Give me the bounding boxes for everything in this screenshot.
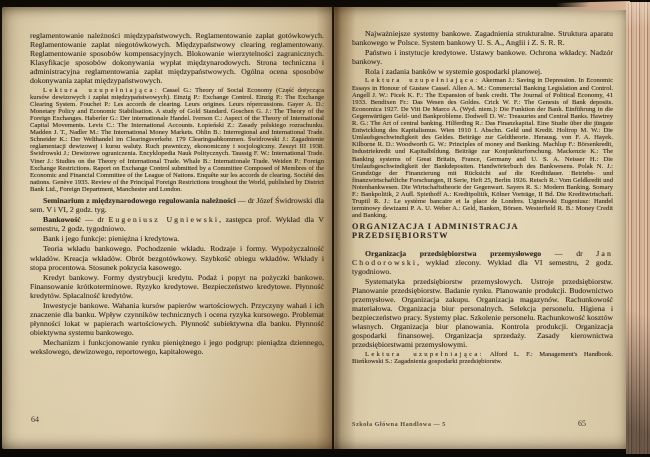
left-page-number: 64 — [31, 415, 39, 424]
course-topic: Kredyt bankowy. Formy dystrybucji kredyt… — [30, 273, 324, 300]
right-page-number: 65 — [578, 419, 586, 428]
course-topic: Systematyka przedsiębiorstw przemysłowyc… — [352, 277, 613, 350]
course-topic: Inwestycje bankowe. Wahania kursów papie… — [30, 301, 324, 337]
course-topic: Bank i jego funkcje: pieniężna i kredyto… — [30, 234, 324, 243]
continuation-paragraph: reglamentowanie należności międzypaństwo… — [30, 31, 324, 86]
course-topic: Państwo i instytucje kredytowe. Ustawy b… — [352, 48, 613, 66]
book-scan-photo: { "colors": { "ink": "#39322a", "paper":… — [0, 0, 650, 457]
course-topic: Najważniejsze systemy bankowe. Zagadnien… — [352, 29, 613, 47]
book-fore-edge-pages — [626, 2, 650, 454]
course-topic: Teoria wkładu bankowego. Pochodzenie wkł… — [30, 244, 324, 271]
right-page-text-column: Najważniejsze systemy bankowe. Zagadnien… — [334, 7, 626, 449]
seminar-entry: Seminarium z międzynarodowego regulowani… — [30, 196, 324, 214]
reading-list-paragraph: Lektura uzupełniająca: Cassel G.: Theory… — [30, 87, 324, 193]
course-topic: Mechanizm i funkcjonowanie rynku pienięż… — [30, 338, 324, 356]
reading-list-paragraph: Lektura uzupełniająca: Alford L. F.: Man… — [352, 351, 613, 365]
reading-list-paragraph: Lektura uzupełniająca: Akerman J.: Savin… — [352, 77, 613, 219]
course-entry-organizacja: Organizacja przedsiębiorstwa przemysłowe… — [352, 249, 613, 276]
right-book-page: Najważniejsze systemy bankowe. Zagadnien… — [334, 7, 626, 449]
course-entry-bankowosc: Bankowość — dr Eugeniusz Ugniewski, zast… — [30, 215, 324, 233]
right-page-footer: Szkoła Główna Handlowa — 5 65 — [352, 419, 586, 428]
printer-signature: Szkoła Główna Handlowa — 5 — [352, 421, 446, 428]
course-topic: Rola i zadania banków w systemie gospoda… — [352, 67, 613, 76]
section-heading: ORGANIZACJA I ADMINISTRACJA PRZEDSIĘBIOR… — [352, 222, 613, 240]
left-book-page: reglamentowanie należności międzypaństwo… — [2, 7, 332, 449]
left-page-text-column: reglamentowanie należności międzypaństwo… — [2, 7, 332, 449]
